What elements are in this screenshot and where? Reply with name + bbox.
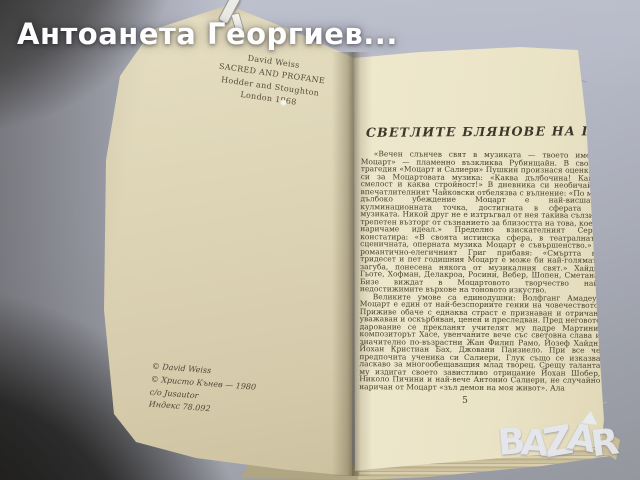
paper-speck — [281, 100, 286, 105]
body-paragraph: Великите умове са единодушни: Волфганг А… — [359, 293, 601, 392]
watermark-letter: R — [589, 422, 618, 466]
listing-photo: David Weiss SACRED AND PROFANE Hodder an… — [0, 0, 640, 480]
open-book: David Weiss SACRED AND PROFANE Hodder an… — [0, 0, 640, 480]
chapter-title: СВЕТЛИТЕ БЛЯНОВЕ НА ГЕНИЯ — [366, 123, 602, 140]
publisher-imprint: David Weiss SACRED AND PROFANE Hodder an… — [193, 46, 348, 116]
book-gutter-shadow — [332, 52, 372, 476]
watermark-a-peak-icon — [581, 410, 598, 425]
copyright-imprint: © David Weiss © Христо Кънев — 1980 c/o … — [148, 361, 292, 423]
body-paragraph: «Вечен слънчев свят в музиката — твоето … — [360, 150, 602, 294]
bazar-watermark-logo: BAZAR — [498, 422, 640, 478]
page-number: 5 — [430, 396, 500, 406]
listing-title: Антоанета Георгиев... — [17, 17, 617, 51]
body-text: «Вечен слънчев свят в музиката — твоето … — [359, 150, 602, 392]
